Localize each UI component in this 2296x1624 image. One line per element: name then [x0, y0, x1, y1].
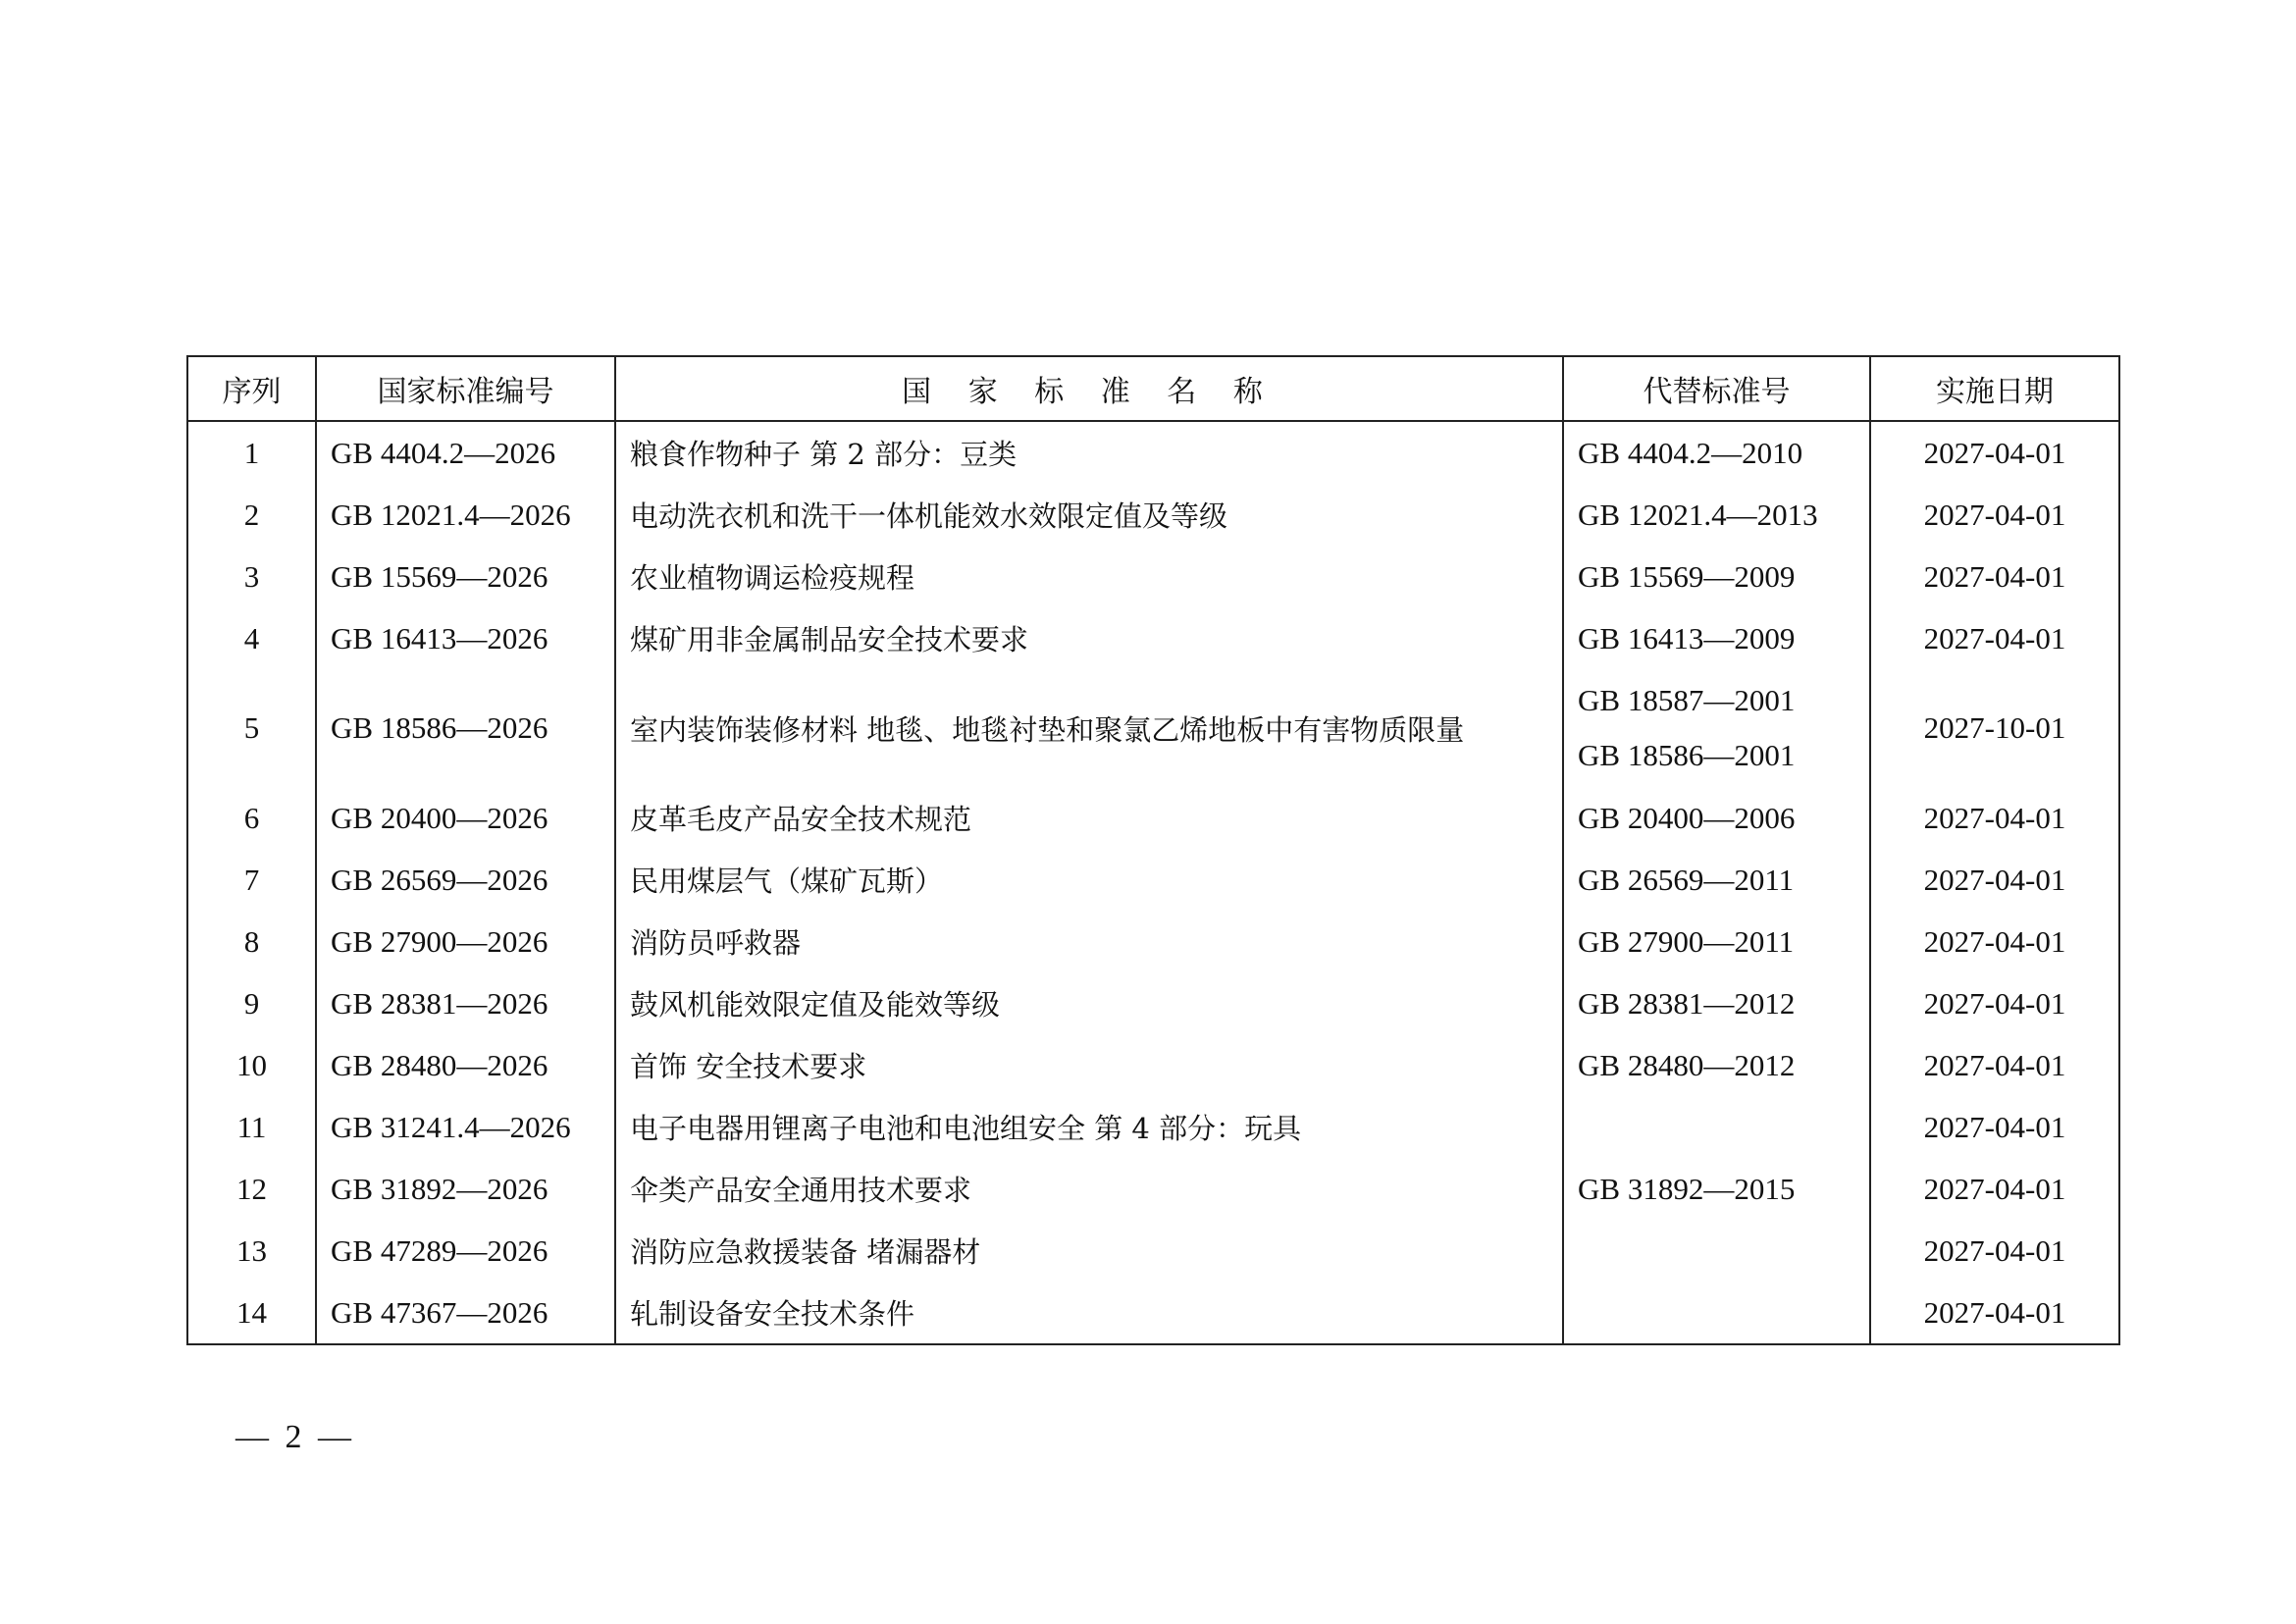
- table-row: 5GB 18586—2026室内装饰装修材料 地毯、地毯衬垫和聚氯乙烯地板中有害…: [187, 669, 2119, 787]
- cell-replaced-standards: GB 4404.2—2010: [1563, 421, 1870, 484]
- cell-standard-name: 电子电器用锂离子电池和电池组安全 第 4 部分：玩具: [615, 1096, 1563, 1158]
- table-row: 9GB 28381—2026鼓风机能效限定值及能效等级GB 28381—2012…: [187, 972, 2119, 1034]
- cell-effective-date: 2027-04-01: [1870, 1034, 2119, 1096]
- cell-standard-code: GB 26569—2026: [316, 849, 615, 911]
- replaced-standard-code: GB 18587—2001: [1578, 673, 1869, 728]
- cell-replaced-standards: GB 27900—2011: [1563, 911, 1870, 972]
- replaced-standard-code: GB 18586—2001: [1578, 728, 1869, 783]
- table-row: 10GB 28480—2026首饰 安全技术要求GB 28480—2012202…: [187, 1034, 2119, 1096]
- cell-standard-code: GB 47289—2026: [316, 1220, 615, 1282]
- table-row: 6GB 20400—2026皮革毛皮产品安全技术规范GB 20400—20062…: [187, 787, 2119, 849]
- cell-standard-name: 煤矿用非金属制品安全技术要求: [615, 607, 1563, 669]
- header-code: 国家标准编号: [316, 356, 615, 421]
- cell-seq: 9: [187, 972, 316, 1034]
- cell-standard-code: GB 15569—2026: [316, 546, 615, 607]
- table-row: 11GB 31241.4—2026电子电器用锂离子电池和电池组安全 第 4 部分…: [187, 1096, 2119, 1158]
- cell-standard-code: GB 31892—2026: [316, 1158, 615, 1220]
- cell-standard-code: GB 16413—2026: [316, 607, 615, 669]
- table-header-row: 序列 国家标准编号 国 家 标 准 名 称 代替标准号 实施日期: [187, 356, 2119, 421]
- replaced-standard-code: GB 20400—2006: [1578, 791, 1869, 846]
- replaced-standard-code: GB 28480—2012: [1578, 1038, 1869, 1093]
- cell-seq: 7: [187, 849, 316, 911]
- cell-effective-date: 2027-04-01: [1870, 972, 2119, 1034]
- table-row: 13GB 47289—2026消防应急救援装备 堵漏器材2027-04-01: [187, 1220, 2119, 1282]
- cell-effective-date: 2027-04-01: [1870, 421, 2119, 484]
- cell-replaced-standards: [1563, 1096, 1870, 1158]
- cell-replaced-standards: GB 31892—2015: [1563, 1158, 1870, 1220]
- table-row: 8GB 27900—2026消防员呼救器GB 27900—20112027-04…: [187, 911, 2119, 972]
- cell-standard-code: GB 4404.2—2026: [316, 421, 615, 484]
- cell-replaced-standards: GB 12021.4—2013: [1563, 484, 1870, 546]
- cell-seq: 12: [187, 1158, 316, 1220]
- cell-seq: 1: [187, 421, 316, 484]
- cell-standard-name: 轧制设备安全技术条件: [615, 1282, 1563, 1344]
- cell-replaced-standards: GB 18587—2001GB 18586—2001: [1563, 669, 1870, 787]
- cell-seq: 3: [187, 546, 316, 607]
- cell-standard-name: 鼓风机能效限定值及能效等级: [615, 972, 1563, 1034]
- cell-standard-code: GB 27900—2026: [316, 911, 615, 972]
- cell-replaced-standards: GB 20400—2006: [1563, 787, 1870, 849]
- cell-effective-date: 2027-04-01: [1870, 911, 2119, 972]
- replaced-standard-code: GB 4404.2—2010: [1578, 426, 1869, 481]
- cell-effective-date: 2027-04-01: [1870, 546, 2119, 607]
- cell-effective-date: 2027-04-01: [1870, 484, 2119, 546]
- table-row: 14GB 47367—2026轧制设备安全技术条件2027-04-01: [187, 1282, 2119, 1344]
- standards-table: 序列 国家标准编号 国 家 标 准 名 称 代替标准号 实施日期 1GB 440…: [186, 355, 2120, 1345]
- cell-effective-date: 2027-04-01: [1870, 787, 2119, 849]
- table-row: 1GB 4404.2—2026粮食作物种子 第 2 部分：豆类GB 4404.2…: [187, 421, 2119, 484]
- cell-standard-name: 伞类产品安全通用技术要求: [615, 1158, 1563, 1220]
- cell-standard-name: 皮革毛皮产品安全技术规范: [615, 787, 1563, 849]
- cell-standard-name: 民用煤层气（煤矿瓦斯）: [615, 849, 1563, 911]
- cell-replaced-standards: [1563, 1282, 1870, 1344]
- cell-effective-date: 2027-04-01: [1870, 1282, 2119, 1344]
- cell-seq: 8: [187, 911, 316, 972]
- replaced-standard-code: GB 27900—2011: [1578, 915, 1869, 969]
- cell-replaced-standards: GB 26569—2011: [1563, 849, 1870, 911]
- cell-seq: 5: [187, 669, 316, 787]
- cell-seq: 11: [187, 1096, 316, 1158]
- cell-standard-name: 室内装饰装修材料 地毯、地毯衬垫和聚氯乙烯地板中有害物质限量: [615, 669, 1563, 787]
- table-row: 12GB 31892—2026伞类产品安全通用技术要求GB 31892—2015…: [187, 1158, 2119, 1220]
- cell-effective-date: 2027-04-01: [1870, 607, 2119, 669]
- cell-standard-name: 粮食作物种子 第 2 部分：豆类: [615, 421, 1563, 484]
- cell-standard-name: 电动洗衣机和洗干一体机能效水效限定值及等级: [615, 484, 1563, 546]
- cell-seq: 4: [187, 607, 316, 669]
- header-name: 国 家 标 准 名 称: [615, 356, 1563, 421]
- cell-standard-code: GB 12021.4—2026: [316, 484, 615, 546]
- table-row: 4GB 16413—2026煤矿用非金属制品安全技术要求GB 16413—200…: [187, 607, 2119, 669]
- cell-standard-code: GB 28381—2026: [316, 972, 615, 1034]
- header-seq: 序列: [187, 356, 316, 421]
- cell-replaced-standards: [1563, 1220, 1870, 1282]
- cell-effective-date: 2027-04-01: [1870, 1096, 2119, 1158]
- cell-replaced-standards: GB 28381—2012: [1563, 972, 1870, 1034]
- cell-standard-code: GB 31241.4—2026: [316, 1096, 615, 1158]
- cell-standard-code: GB 18586—2026: [316, 669, 615, 787]
- replaced-standard-code: GB 15569—2009: [1578, 550, 1869, 604]
- cell-effective-date: 2027-04-01: [1870, 1220, 2119, 1282]
- replaced-standard-code: GB 26569—2011: [1578, 853, 1869, 908]
- cell-standard-name: 消防员呼救器: [615, 911, 1563, 972]
- cell-effective-date: 2027-04-01: [1870, 1158, 2119, 1220]
- cell-replaced-standards: GB 28480—2012: [1563, 1034, 1870, 1096]
- cell-standard-name: 消防应急救援装备 堵漏器材: [615, 1220, 1563, 1282]
- cell-standard-code: GB 28480—2026: [316, 1034, 615, 1096]
- cell-seq: 10: [187, 1034, 316, 1096]
- cell-seq: 6: [187, 787, 316, 849]
- replaced-standard-code: GB 12021.4—2013: [1578, 488, 1869, 543]
- cell-effective-date: 2027-04-01: [1870, 849, 2119, 911]
- cell-replaced-standards: GB 15569—2009: [1563, 546, 1870, 607]
- cell-standard-name: 首饰 安全技术要求: [615, 1034, 1563, 1096]
- cell-effective-date: 2027-10-01: [1870, 669, 2119, 787]
- header-replaced: 代替标准号: [1563, 356, 1870, 421]
- cell-seq: 14: [187, 1282, 316, 1344]
- table-row: 7GB 26569—2026民用煤层气（煤矿瓦斯）GB 26569—201120…: [187, 849, 2119, 911]
- table-body: 1GB 4404.2—2026粮食作物种子 第 2 部分：豆类GB 4404.2…: [187, 421, 2119, 1344]
- page-number: — 2 —: [235, 1419, 355, 1456]
- document-page: 序列 国家标准编号 国 家 标 准 名 称 代替标准号 实施日期 1GB 440…: [0, 0, 2296, 1624]
- cell-standard-code: GB 20400—2026: [316, 787, 615, 849]
- cell-standard-name: 农业植物调运检疫规程: [615, 546, 1563, 607]
- cell-replaced-standards: GB 16413—2009: [1563, 607, 1870, 669]
- cell-standard-code: GB 47367—2026: [316, 1282, 615, 1344]
- replaced-standard-code: GB 31892—2015: [1578, 1162, 1869, 1217]
- replaced-standard-code: GB 16413—2009: [1578, 611, 1869, 666]
- replaced-standard-code: GB 28381—2012: [1578, 976, 1869, 1031]
- table-row: 3GB 15569—2026农业植物调运检疫规程GB 15569—2009202…: [187, 546, 2119, 607]
- header-date: 实施日期: [1870, 356, 2119, 421]
- cell-seq: 13: [187, 1220, 316, 1282]
- cell-seq: 2: [187, 484, 316, 546]
- table-row: 2GB 12021.4—2026电动洗衣机和洗干一体机能效水效限定值及等级GB …: [187, 484, 2119, 546]
